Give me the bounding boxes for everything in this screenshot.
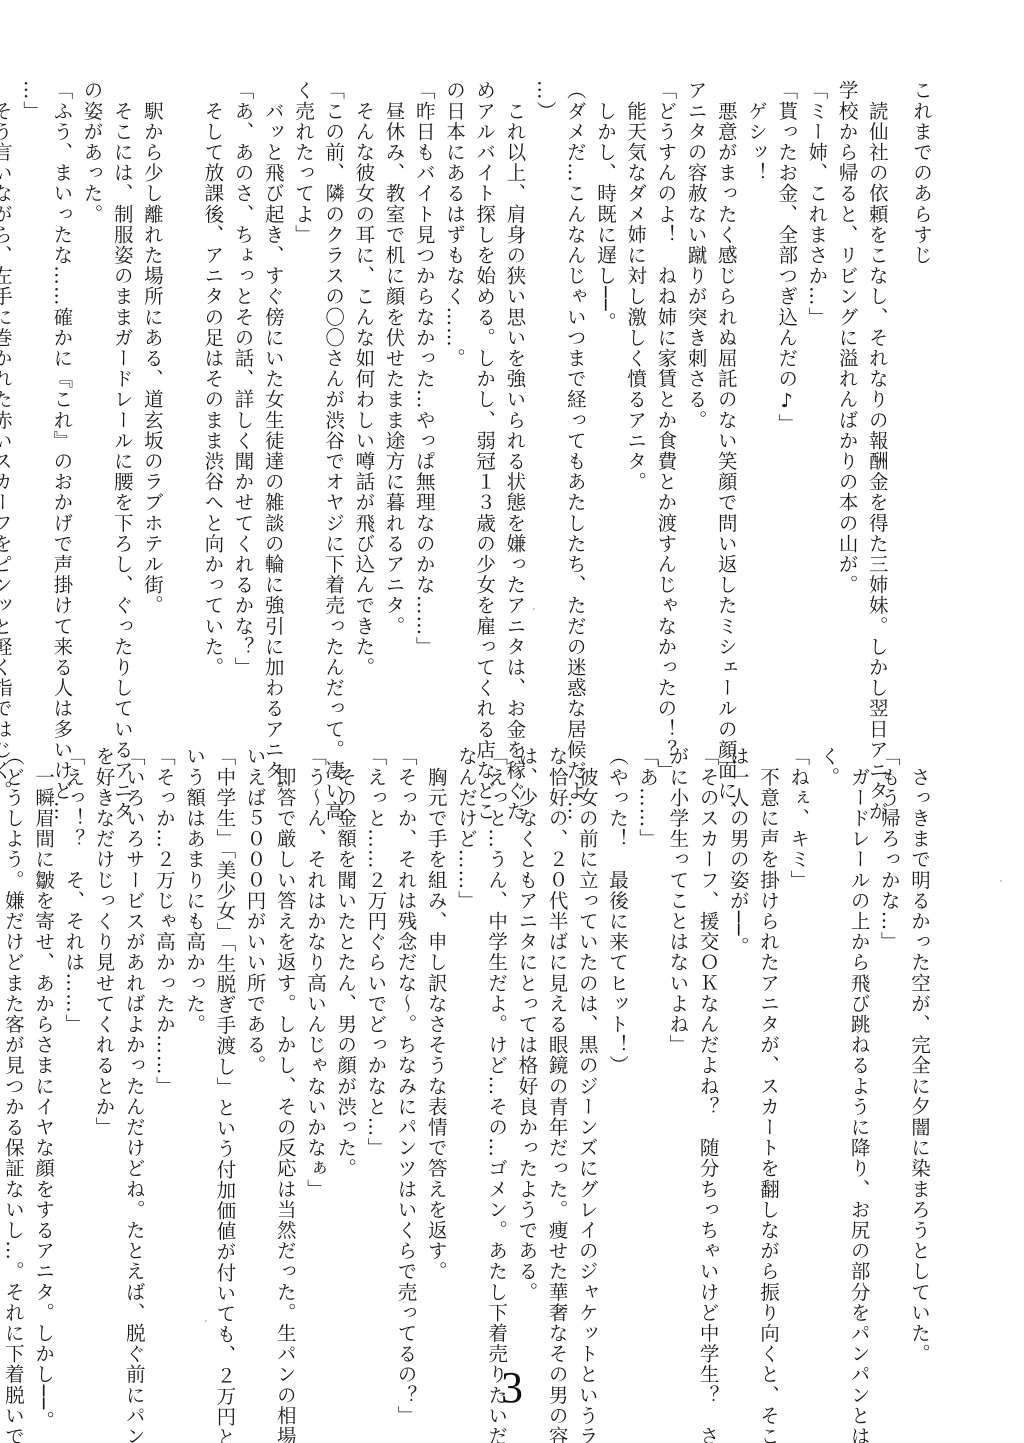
text-column: 学校から帰ると、リビングに溢れんばかりの本の山が。	[831, 80, 861, 700]
text-column: …）	[529, 80, 559, 700]
text-column: ゲシッ！	[741, 80, 771, 700]
text-column: 「えっと……２万円ぐらいでどっかなと…」	[360, 746, 390, 1364]
scan-speck	[205, 1320, 207, 1322]
page-number: 3	[0, 1362, 1024, 1413]
text-column: さっきまで明るかった空が、完全に夕闇に染まろうとしていた。	[904, 746, 934, 1364]
text-column: 「ミー姉、これまさか…」	[801, 80, 831, 700]
text-column: 「貰ったお金、全部つぎ込んだの♪」	[771, 80, 801, 700]
text-column: 「そっか、それは残念だな～。ちなみにパンツはいくらで売ってるの？」	[390, 746, 420, 1364]
text-column: …」	[16, 80, 46, 700]
text-column: 能天気なダメ姉に対し激しく憤るアニタ。	[620, 80, 650, 700]
text-column: 「ふう、まいったな……確かに『これ』のおかげで声掛けて来る人は多いけど…	[46, 80, 76, 700]
text-column: そこには、制服姿のままガードレールに腰を下ろし、ぐったりしているアニタ	[107, 80, 137, 700]
text-column: アニタの容赦ない蹴りが突き刺さる。	[680, 80, 710, 700]
text-column: 「あ、あのさ、ちょっとその話、詳しく聞かせてくれるかな？」	[227, 80, 257, 700]
text-column: 悪意がまったく感じられぬ屈託のない笑顔で問い返したミシェールの顔面に、	[711, 80, 741, 700]
text-column: 胸元で手を組み、申し訳なさそうな表情で答えを返す。	[421, 746, 451, 1364]
text-column: の姿があった。	[76, 80, 106, 700]
text-column: これ以上、肩身の狭い思いを強いられる状態を嫌ったアニタは、お金を稼ぐた	[499, 80, 529, 700]
text-column: いう額はあまりにも高かった。	[179, 746, 209, 1364]
text-column: く。	[813, 746, 843, 1364]
text-column: は一人の男の姿が──。	[723, 746, 753, 1364]
blank-column	[167, 80, 197, 700]
text-column: 駅から少し離れた場所にある、道玄坂のラブホテル街。	[137, 80, 167, 700]
text-column: しかし、時既に遅し──。	[590, 80, 620, 700]
text-column: の日本にあるはずもなく……。	[439, 80, 469, 700]
text-column: 「この前、隣のクラスの〇〇さんが渋谷でオヤジに下着売ったんだって。凄い高	[318, 80, 348, 700]
text-column: 読仙社の依頼をこなし、それなりの報酬金を得た三姉妹。しかし翌日アニタが	[862, 80, 892, 700]
text-column: 「中学生」「美少女」「生脱ぎ手渡し」という付加価値が付いても、２万円と	[209, 746, 239, 1364]
text-column: 不意に声を掛けられたアニタが、スカートを翻しながら振り向くと、そこに	[753, 746, 783, 1364]
text-column: 「そっか…２万じゃ高かったか……」	[149, 746, 179, 1364]
text-column: 「えっ！？ そ、それは……」	[58, 746, 88, 1364]
text-column: （どうしよう。嫌だけどまた客が見つかる保証ないし…。それに下着脱いで売	[0, 746, 28, 1364]
text-column: 彼女の前に立っていたのは、黒のジーンズにグレイのジャケットというラフ	[572, 746, 602, 1364]
text-column: （ダメだ…こんなんじゃいつまで経ってもあたしたち、ただの迷惑な居候だよ…	[560, 80, 590, 700]
text-column: 即答で厳しい答えを返す。しかし、その反応は当然だった。生パンの相場と	[270, 746, 300, 1364]
text-column: 昼休み、教室で机に顔を伏せたまま途方に暮れるアニタ。	[378, 80, 408, 700]
top-text-section: これまでのあらすじ 読仙社の依頼をこなし、それなりの報酬金を得た三姉妹。しかし翌…	[0, 80, 936, 700]
text-column: そんな彼女の耳に、こんな如何わしい噂話が飛び込んできた。	[348, 80, 378, 700]
text-column: 「いろいろサービスがあればよかったんだけどね。たとえば、脱ぐ前にパンツ	[119, 746, 149, 1364]
text-column: （やった！ 最後に来てヒット！）	[602, 746, 632, 1364]
bottom-text-section: さっきまで明るかった空が、完全に夕闇に染まろうとしていた。 「もう帰ろっかな…」…	[0, 746, 934, 1364]
text-column: く売れたってよ」	[288, 80, 318, 700]
text-column: 「昨日もバイト見つからなかった…やっぱ無理なのかな……」	[409, 80, 439, 700]
text-column: その金額を聞いたとたん、男の顔が渋った。	[330, 746, 360, 1364]
scan-speck	[533, 608, 535, 610]
scan-speck	[1000, 880, 1002, 882]
text-column: がに小学生ってことはないよね」	[662, 746, 692, 1364]
text-column: なんだけど……」	[451, 746, 481, 1364]
text-column: 「う～ん、それはかなり高いんじゃないかなぁ」	[300, 746, 330, 1364]
text-column: そう言いながら、左手に巻かれた赤いスカーフをピンッと軽く指ではじく。	[0, 80, 16, 700]
text-column: バッと飛び起き、すぐ傍にいた女生徒達の雑談の輪に強引に加わるアニタ。	[258, 80, 288, 700]
text-column: 「ねぇ、キミ」	[783, 746, 813, 1364]
text-column: いえば５０００円がいい所である。	[239, 746, 269, 1364]
section-heading: これまでのあらすじ	[906, 80, 936, 700]
text-column: 「そのスカーフ、援交ＯＫなんだよね？ 随分ちっちゃいけど中学生？ さす	[692, 746, 722, 1364]
text-column: 「もう帰ろっかな…」	[874, 746, 904, 1364]
text-column: 「えっと…うん、中学生だよ。けど…その…ゴメン。あたし下着売りたいだけ	[481, 746, 511, 1364]
text-column: を好きなだけじっくり見せてくれるとか」	[88, 746, 118, 1364]
text-column: は、少なくともアニタにとっては格好良かったようである。	[511, 746, 541, 1364]
text-column: な恰好の、２０代半ばに見える眼鏡の青年だった。痩せた華奢なその男の容姿	[541, 746, 571, 1364]
text-column: めアルバイト探しを始める。しかし、弱冠１３歳の少女を雇ってくれる店などこ	[469, 80, 499, 700]
text-column: 一瞬眉間に皺を寄せ、あからさまにイヤな顔をするアニタ。しかし──。	[28, 746, 58, 1364]
text-column: ガードレールの上から飛び跳ねるように降り、お尻の部分をパンパンとはた	[843, 746, 873, 1364]
text-column: 「あ……」	[632, 746, 662, 1364]
text-column: そして放課後、アニタの足はそのまま渋谷へと向かっていた。	[197, 80, 227, 700]
text-column: 「どうすんのよ！ ねね姉に家賃とか食費とか渡すんじゃなかったの！？」	[650, 80, 680, 700]
